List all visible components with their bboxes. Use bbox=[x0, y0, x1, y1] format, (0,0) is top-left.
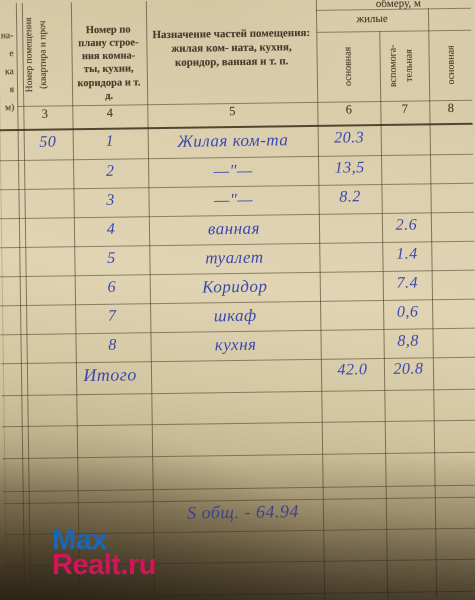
aux-area: 0,6 bbox=[385, 303, 430, 322]
room-name: —"— bbox=[150, 189, 316, 211]
col4-header: Номер по плану строе- ния комна- ты, кух… bbox=[73, 23, 144, 103]
col7-header-box: вспомога- тельная bbox=[382, 32, 427, 99]
table-hline bbox=[2, 420, 475, 428]
main-area: 20.3 bbox=[320, 129, 379, 148]
aux-area: 8,8 bbox=[385, 332, 430, 351]
column-number-7: 7 bbox=[380, 101, 429, 124]
aux-area: 2.6 bbox=[384, 216, 429, 235]
measurement-caption: обмеру, м bbox=[376, 0, 471, 10]
totals-main-area: 42.0 bbox=[323, 361, 382, 380]
left-edge-text-fragments: на- е ка я м) bbox=[0, 27, 14, 117]
column-number-3: 3 bbox=[17, 106, 72, 129]
room-name: ванная bbox=[151, 218, 317, 240]
room-name: шкаф bbox=[152, 305, 318, 327]
plan-number: 4 bbox=[77, 220, 145, 239]
table-vline bbox=[146, 1, 155, 600]
main-area: 13,5 bbox=[320, 159, 379, 178]
plan-number: 6 bbox=[78, 278, 146, 297]
aux-area: 7.4 bbox=[385, 274, 430, 293]
col3-header-line1: Номер помещения bbox=[23, 5, 38, 105]
room-name: Коридор bbox=[152, 276, 318, 298]
room-name: туалет bbox=[151, 247, 317, 269]
column-number-5: 5 bbox=[147, 103, 317, 127]
totals-label: Итого bbox=[75, 364, 145, 386]
col8-header: основная bbox=[431, 32, 472, 99]
total-area-note: S общ. - 64.94 bbox=[163, 501, 323, 524]
column-number-8: 8 bbox=[429, 101, 472, 124]
fragment: на- bbox=[0, 27, 13, 45]
apartment-number: 50 bbox=[26, 133, 70, 152]
fragment: м) bbox=[0, 99, 14, 117]
col8-header-box: основная bbox=[431, 32, 472, 99]
col5-header: Назначение частей помещения: жилая ком- … bbox=[151, 27, 312, 70]
fragment: ка bbox=[0, 63, 14, 81]
table-hline bbox=[1, 389, 475, 397]
aux-area: 1.4 bbox=[384, 245, 429, 264]
room-name: —"— bbox=[150, 160, 316, 182]
fragment: я bbox=[0, 81, 14, 99]
main-area: 8.2 bbox=[320, 188, 379, 207]
aux-area bbox=[383, 128, 428, 129]
plan-number: 7 bbox=[78, 307, 146, 326]
plan-number: 2 bbox=[76, 162, 144, 181]
fragment: е bbox=[0, 45, 14, 63]
col6-header-box: основная bbox=[319, 33, 378, 100]
room-name: кухня bbox=[152, 334, 318, 356]
totals-aux-area: 20.8 bbox=[386, 360, 431, 379]
table-hline bbox=[2, 452, 475, 460]
plan-number: 5 bbox=[77, 249, 145, 268]
col6-header: основная bbox=[319, 33, 378, 100]
ledger-sheet: на- е ка я м) обмеру, м Номер помещения … bbox=[0, 0, 475, 600]
document-photo: на- е ка я м) обмеру, м Номер помещения … bbox=[0, 0, 475, 600]
column-number-6: 6 bbox=[317, 102, 380, 125]
plan-number: 8 bbox=[79, 336, 147, 355]
plan-number: 1 bbox=[76, 132, 144, 151]
watermark-realt: Realt.ru bbox=[52, 552, 156, 579]
table-hline bbox=[3, 485, 475, 493]
plan-number: 3 bbox=[76, 191, 144, 210]
room-name: Жилая ком-та bbox=[150, 130, 316, 152]
col3-header-box: Номер помещения (квартира и проч bbox=[23, 4, 71, 105]
col7-header: вспомога- тельная bbox=[382, 32, 430, 99]
living-group-header: жилые bbox=[316, 12, 428, 27]
col3-header-line2: (квартира и проч bbox=[37, 5, 52, 105]
table-hline bbox=[4, 591, 475, 599]
column-number-4: 4 bbox=[72, 105, 147, 128]
